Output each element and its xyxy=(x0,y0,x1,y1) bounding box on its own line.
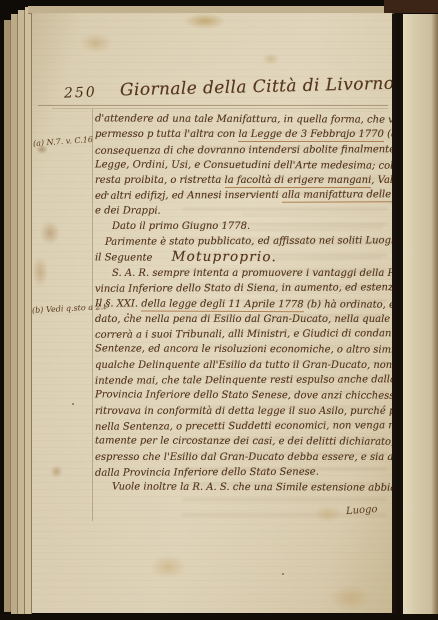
stain xyxy=(80,33,112,53)
stain xyxy=(184,13,226,29)
ink-speck xyxy=(72,403,74,405)
stain xyxy=(330,585,372,611)
manuscript-line: Sentenze, ed ancora le risoluzioni econo… xyxy=(95,342,392,359)
manuscript-line: consequenza di che dovranno intendersi a… xyxy=(95,142,392,159)
photo-bottom-edge xyxy=(0,614,438,620)
manuscript-line: Provincia Inferiore dello Stato Senese, … xyxy=(95,388,392,405)
header-rule xyxy=(38,105,388,106)
margin-fold-line xyxy=(92,109,93,521)
header-rule xyxy=(52,108,388,109)
stain xyxy=(262,53,280,65)
next-page-edge xyxy=(403,14,438,616)
manuscript-line: qualche Delinquente all'Esilio da tutto … xyxy=(95,358,392,373)
page-edge-strip xyxy=(11,14,18,615)
manuscript-line: Il §. XXI. della legge degli 11 Aprile 1… xyxy=(95,296,392,313)
underlined-phrase: la Legge de 3 Febbrajo 1770 xyxy=(238,129,383,142)
manuscript-line: dato, che nella pena di Esilio dal Gran-… xyxy=(95,312,392,327)
manuscript-line: tamente per le circostanze dei casi, e d… xyxy=(95,434,392,451)
manuscript-line: il Seguente Motuproprio. xyxy=(95,249,392,267)
manuscript-line: ritrovava in conformità di detta legge i… xyxy=(95,404,392,419)
stain xyxy=(314,505,342,523)
page-number: 250 xyxy=(64,84,97,101)
book-photo: 250 Giornale della Città di Livorno (a) … xyxy=(0,0,438,620)
manuscript-line: Dato il primo Giugno 1778. xyxy=(95,219,392,234)
manuscript-line: resta proibita, o ristretta la facoltà d… xyxy=(95,173,392,188)
underlined-phrase: la facoltà di erigere mangani xyxy=(225,175,372,188)
stain xyxy=(150,555,186,579)
manuscript-line: Parimente è stato pubblicato, ed affissa… xyxy=(95,234,392,251)
catchword: Luogo xyxy=(346,504,378,517)
manuscript-line: nella Sentenza, o precetti Suddetti econ… xyxy=(95,418,392,435)
manuscript-page: 250 Giornale della Città di Livorno (a) … xyxy=(32,13,392,613)
manuscript-line: dalla Provincia Inferiore dello Stato Se… xyxy=(95,464,392,481)
stain xyxy=(32,256,48,288)
margin-note-a: (a) N.7. v. C.16 xyxy=(33,135,93,148)
stain xyxy=(40,221,60,245)
page-edge-strip xyxy=(18,10,25,617)
manuscript-line: Vuole inoltre la R. A. S. che una Simile… xyxy=(95,479,392,496)
manuscript-line: permesso p tutta l'altra con la Legge de… xyxy=(95,127,392,142)
page-edge-strip xyxy=(25,7,32,619)
page-edge-strip xyxy=(4,20,11,612)
manuscript-line: d'attendere ad una tale Manifattura, in … xyxy=(95,111,392,128)
emphasized-word: Motuproprio. xyxy=(172,248,277,264)
manuscript-line: Legge, Ordini, Usi, e Consuetudini dell'… xyxy=(95,157,392,174)
manuscript-lines: d'attendere ad una tale Manifattura, in … xyxy=(95,112,392,495)
ink-speck xyxy=(282,573,284,575)
manuscript-line: espresso che l'Esilio dal Gran-Ducato de… xyxy=(95,450,392,465)
underlined-phrase: alla manifattura delle Sete xyxy=(282,190,392,204)
manuscript-line: ed altri edifizj, ed Annesi inservienti … xyxy=(95,188,392,205)
manuscript-line: e dei Drappi. xyxy=(95,203,392,220)
manuscript-line: S. A. R. sempre intenta a promuovere i v… xyxy=(95,266,392,281)
underlined-phrase: della legge degli 11 Aprile 1778 xyxy=(141,298,303,312)
page-title: Giornale della Città di Livorno xyxy=(120,74,392,101)
manuscript-line: vincia Inferiore dello Stato di Siena, i… xyxy=(95,280,392,297)
stain xyxy=(50,465,63,478)
